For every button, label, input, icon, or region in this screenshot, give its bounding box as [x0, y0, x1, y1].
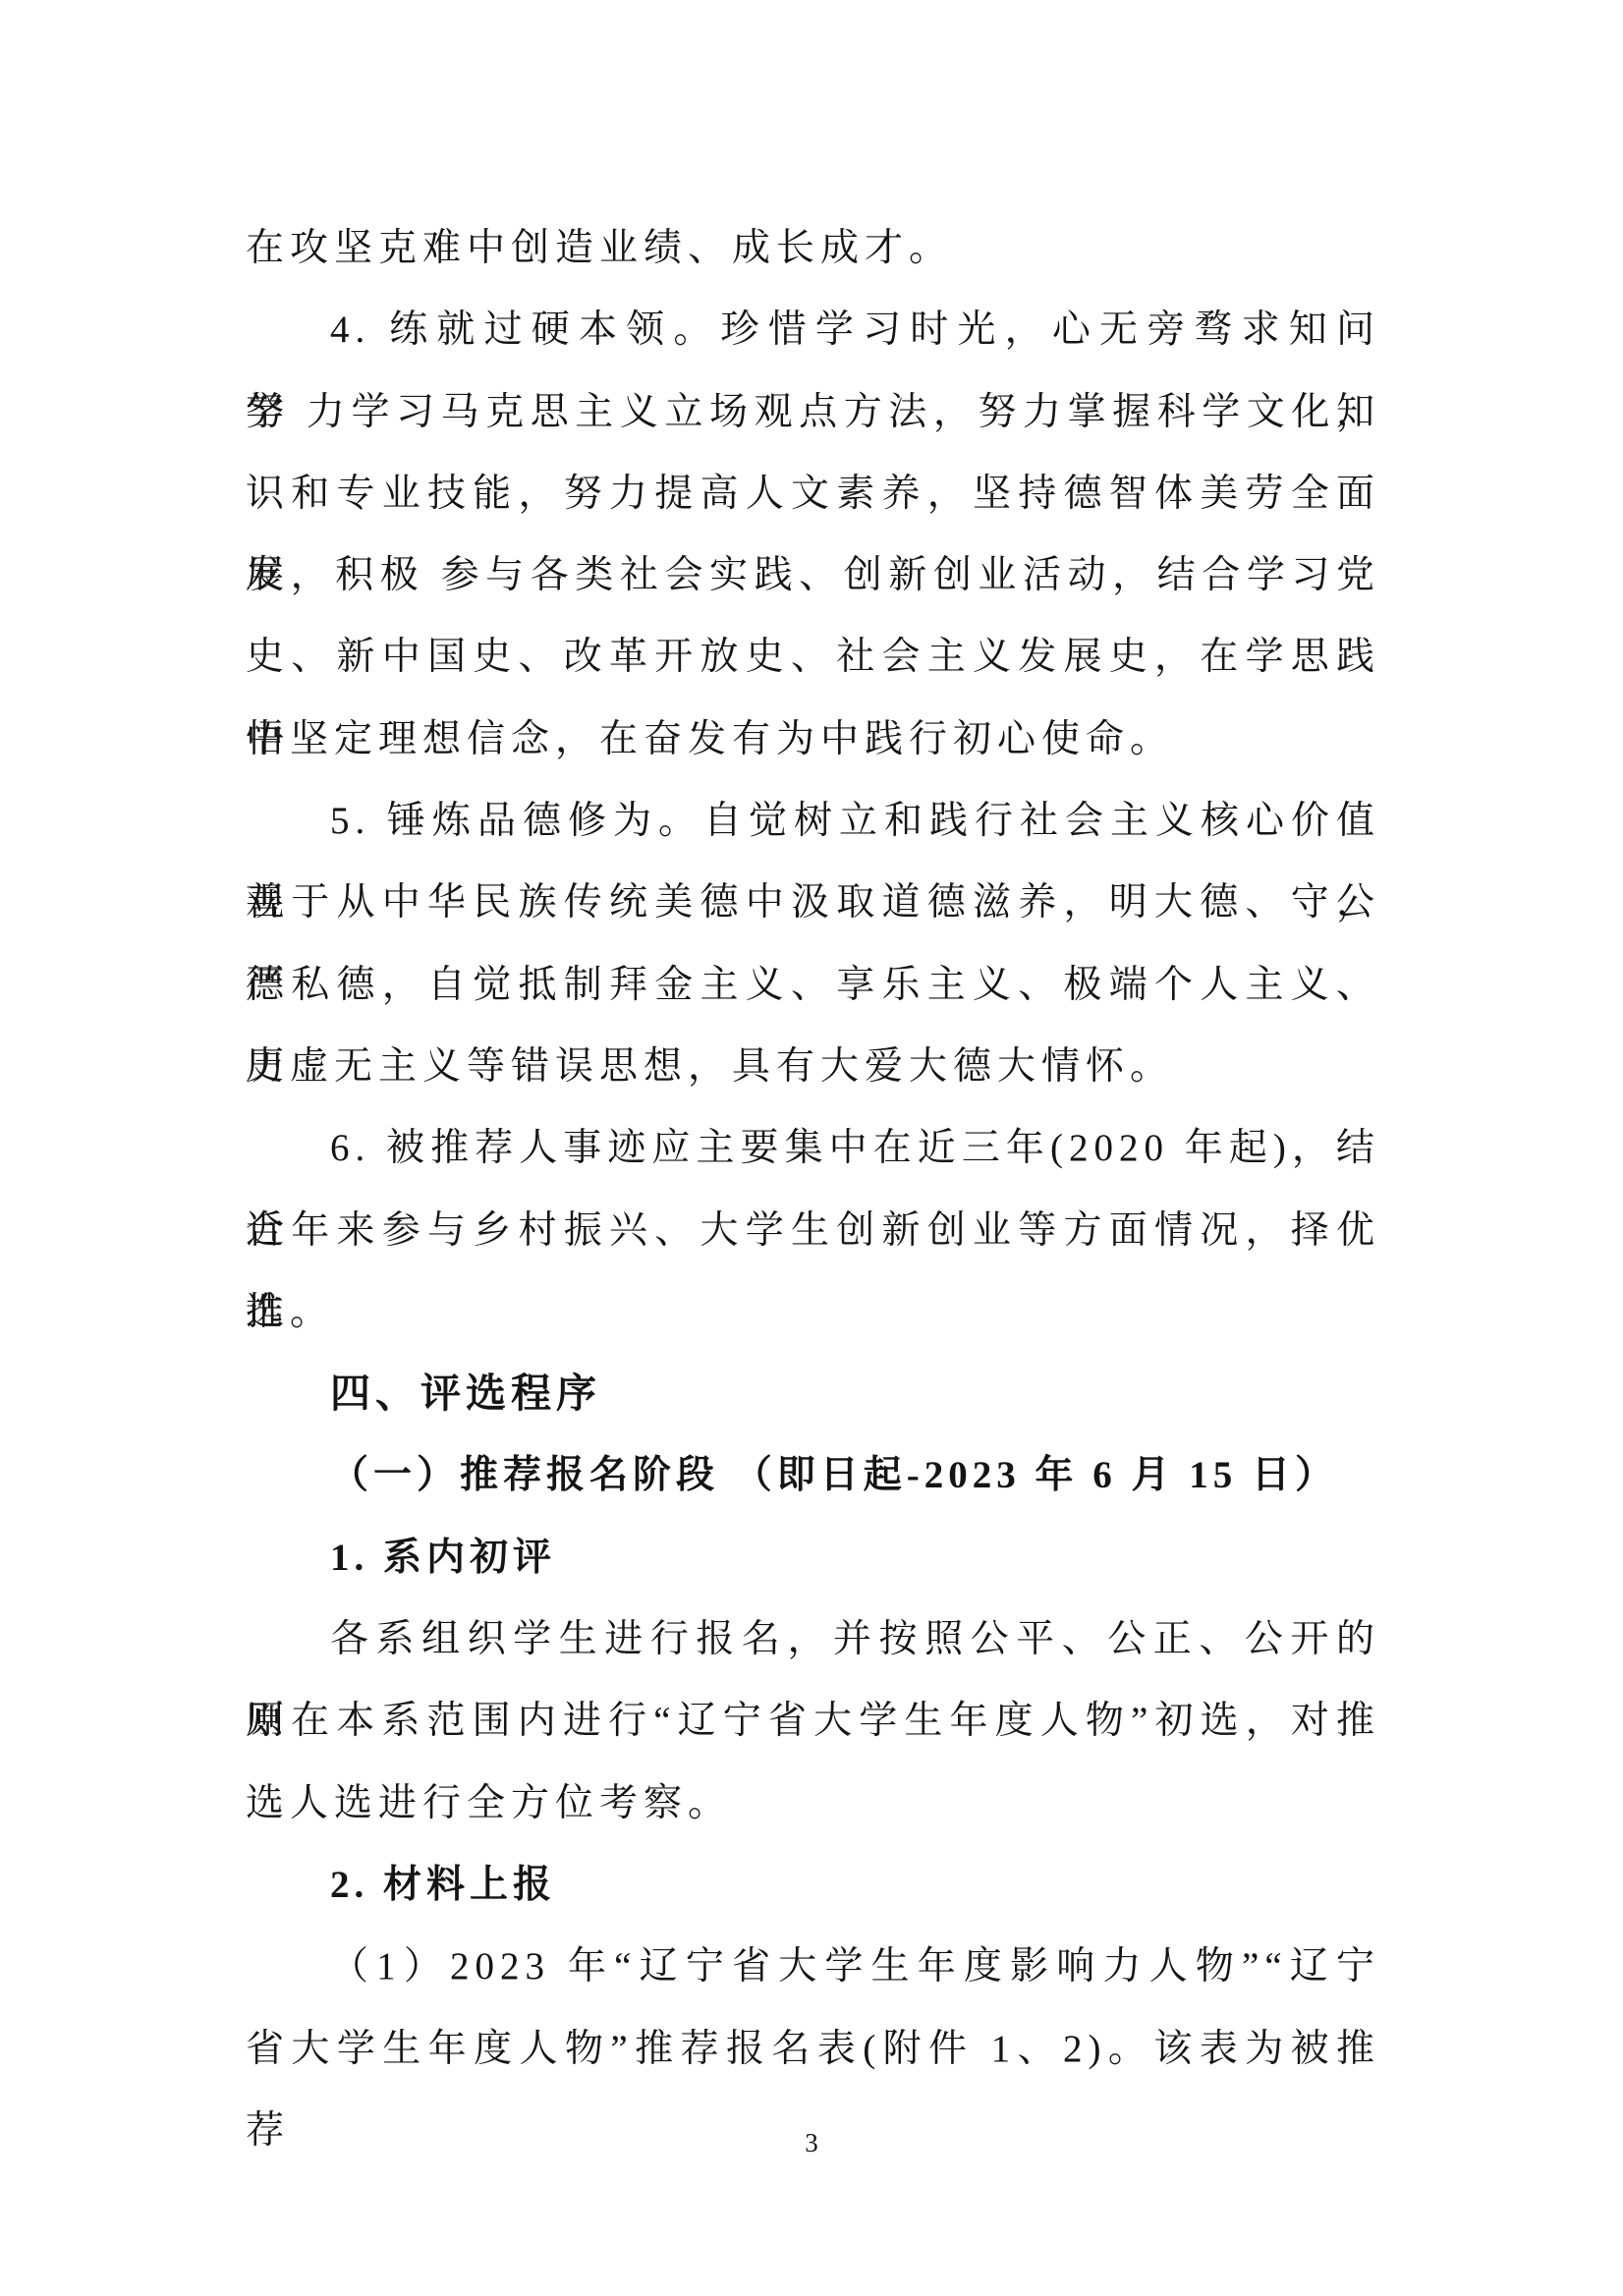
text-line: 善于从中华民族传统美德中汲取道德滋养，明大德、守公德、 — [246, 862, 1380, 943]
text-line: 展，积极 参与各类社会实践、创新创业活动，结合学习党 — [246, 534, 1380, 616]
text-line: 中坚定理想信念，在奋发有为中践行初心使命。 — [246, 699, 1380, 780]
text-line: 近年来参与乡村振兴、大学生创新创业等方面情况，择优推 — [246, 1190, 1380, 1271]
text-line: 在攻坚克难中创造业绩、成长成才。 — [246, 207, 1380, 289]
heading-1-line: 四、评选程序 — [246, 1353, 1380, 1434]
text-line: 史、新中国史、改革开放史、社会主义发展史，在学思践悟 — [246, 616, 1380, 698]
text-line: 选。 — [246, 1271, 1380, 1353]
text-line: 识和专业技能，努力提高人文素养，坚持德智体美劳全面发 — [246, 453, 1380, 534]
text-line: 则在本系范围内进行“辽宁省大学生年度人物”初选，对推 — [246, 1680, 1380, 1762]
heading-3-line: 2. 材料上报 — [246, 1844, 1380, 1926]
text-line: 努 力学习马克思主义立场观点方法，努力掌握科学文化知 — [246, 371, 1380, 453]
text-line: 选人选进行全方位考察。 — [246, 1763, 1380, 1844]
page-number: 3 — [0, 2118, 1623, 2167]
document-body: 在攻坚克难中创造业绩、成长成才。4. 练就过硬本领。珍惜学习时光，心无旁骛求知问… — [246, 207, 1380, 2090]
heading-2-line: （一）推荐报名阶段 （即日起-2023 年 6 月 15 日） — [246, 1434, 1380, 1516]
text-line: 6. 被推荐人事迹应主要集中在近三年(2020 年起)，结合 — [246, 1107, 1380, 1189]
document-page: 在攻坚克难中创造业绩、成长成才。4. 练就过硬本领。珍惜学习时光，心无旁骛求知问… — [0, 0, 1623, 2296]
text-line: 省大学生年度人物”推荐报名表(附件 1、2)。该表为被推荐 — [246, 2008, 1380, 2090]
text-line: 5. 锤炼品德修为。自觉树立和践行社会主义核心价值观， — [246, 780, 1380, 862]
text-line: （1）2023 年“辽宁省大学生年度影响力人物”“辽宁 — [246, 1926, 1380, 2007]
text-line: 严私德，自觉抵制拜金主义、享乐主义、极端个人主义、历 — [246, 944, 1380, 1026]
heading-3-line: 1. 系内初评 — [246, 1517, 1380, 1598]
text-line: 各系组织学生进行报名，并按照公平、公正、公开的原 — [246, 1598, 1380, 1680]
text-line: 4. 练就过硬本领。珍惜学习时光，心无旁骛求知问学， — [246, 289, 1380, 370]
text-line: 史虚无主义等错误思想，具有大爱大德大情怀。 — [246, 1026, 1380, 1107]
